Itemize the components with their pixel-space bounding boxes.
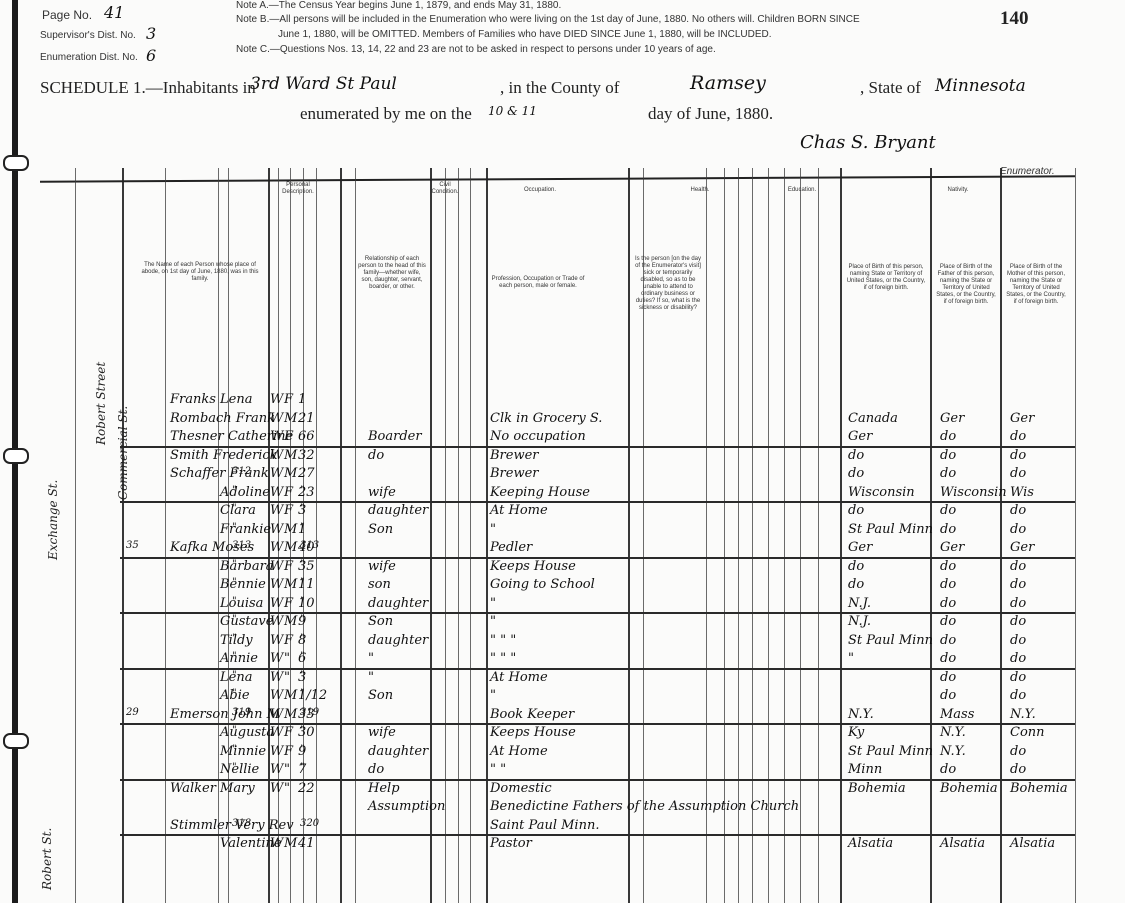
table-row: Walker MaryW"22HelpDomesticBohemiaBohemi… (0, 781, 1125, 799)
note-c: Note C.—Questions Nos. 13, 14, 22 and 23… (236, 44, 716, 55)
occupation: Keeps House (490, 725, 576, 740)
birthplace: N.J. (848, 596, 871, 611)
place-name: 3rd Ward St Paul (250, 74, 397, 94)
occupation: " (490, 688, 496, 703)
sex: F (284, 485, 293, 500)
occupation: " (490, 522, 496, 537)
age: 22 (298, 781, 315, 796)
father-birthplace: do (940, 633, 956, 648)
father-birthplace: do (940, 651, 956, 666)
birthplace: Ger (848, 429, 872, 444)
occupation: Brewer (490, 448, 539, 463)
table-row: ""LouisaWF10daughter"N.J.dodo (0, 596, 1125, 614)
occupation: Saint Paul Minn. (490, 818, 599, 833)
sex: F (284, 559, 293, 574)
occupation: Benedictine Fathers of the Assumption Ch… (490, 799, 799, 814)
father-birthplace: N.Y. (940, 725, 966, 740)
age: 66 (298, 429, 315, 444)
relationship: Help (368, 781, 400, 796)
table-row: ""NellieW"7do" "Minndodo (0, 762, 1125, 780)
table-row: ""GustaveWM9Son"N.J.dodo (0, 614, 1125, 632)
sex: M (284, 411, 297, 426)
age: 41 (298, 836, 315, 851)
enumeration-number: 6 (146, 46, 156, 65)
birthplace: Minn (848, 762, 882, 777)
race: W (270, 762, 283, 777)
age: 1 (298, 522, 306, 537)
relationship: daughter (368, 596, 428, 611)
occupation: Book Keeper (490, 707, 574, 722)
mother-birthplace: do (1010, 651, 1026, 666)
sex: F (284, 429, 293, 444)
occupation: At Home (490, 744, 548, 759)
table-row: 35313313Kafka MosesWM40PedlerGerGerGer (0, 540, 1125, 558)
sex: F (284, 744, 293, 759)
father-birthplace: do (940, 559, 956, 574)
mother-birthplace: do (1010, 688, 1026, 703)
birthplace: do (848, 559, 864, 574)
age: 21 (298, 411, 315, 426)
table-row: 318320Stimmler Very RevSaint Paul Minn. (0, 818, 1125, 836)
person-name: Nellie (220, 762, 259, 777)
census-sheet: Page No. 41 Supervisor's Dist. No. 3 Enu… (0, 0, 1125, 903)
age: 9 (298, 614, 306, 629)
table-row: ""AdolineWF23wifeKeeping HouseWisconsinW… (0, 485, 1125, 503)
table-row: ""FrankieWM1Son"St Paul Minndodo (0, 522, 1125, 540)
mother-birthplace: Conn (1010, 725, 1045, 740)
occupation: Keeping House (490, 485, 590, 500)
father-birthplace: do (940, 670, 956, 685)
race: W (270, 633, 283, 648)
col-header-birth-person: Place of Birth of this person, naming St… (845, 264, 927, 292)
table-row: Franks LenaWF1 (0, 392, 1125, 410)
father-birthplace: do (940, 503, 956, 518)
person-name: Louisa (220, 596, 263, 611)
occupation: Brewer (490, 466, 539, 481)
mother-birthplace: do (1010, 429, 1026, 444)
race: W (270, 429, 283, 444)
table-row: ""BarbaraWF35wifeKeeps Housedododo (0, 559, 1125, 577)
person-name: Schaffer Frank (170, 466, 269, 481)
person-name: Frankie (220, 522, 271, 537)
mother-birthplace: Alsatia (1010, 836, 1055, 851)
relationship: Son (368, 522, 393, 537)
age: 7 (298, 762, 306, 777)
relationship: wife (368, 485, 396, 500)
enumerated-label: enumerated by me on the (300, 104, 472, 124)
mother-birthplace: do (1010, 633, 1026, 648)
father-birthplace: Ger (940, 540, 964, 555)
relationship: Son (368, 688, 393, 703)
table-row: Rombach FrankWM21Clk in Grocery S.Canada… (0, 411, 1125, 429)
col-header-education: Education. (782, 187, 822, 194)
mother-birthplace: do (1010, 614, 1026, 629)
father-birthplace: do (940, 688, 956, 703)
age: 32 (298, 448, 315, 463)
father-birthplace: N.Y. (940, 744, 966, 759)
table-row: AssumptionBenedictine Fathers of the Ass… (0, 799, 1125, 817)
sex: F (284, 392, 293, 407)
sex: F (284, 633, 293, 648)
person-name: Stimmler Very Rev (170, 818, 294, 833)
sex: " (284, 762, 290, 777)
relationship: do (368, 762, 384, 777)
age: 1/12 (298, 688, 327, 703)
table-row: ""BennieWM11sonGoing to Schooldododo (0, 577, 1125, 595)
table-row: Thesner CatherineWF66BoarderNo occupatio… (0, 429, 1125, 447)
father-birthplace: do (940, 762, 956, 777)
sex: F (284, 503, 293, 518)
race: W (270, 836, 283, 851)
occupation: No occupation (490, 429, 586, 444)
schedule-title: SCHEDULE 1.—Inhabitants in (40, 78, 256, 98)
race: W (270, 448, 283, 463)
table-row: ""TildyWF8daughter" " "St Paul Minndodo (0, 633, 1125, 651)
mother-birthplace: do (1010, 744, 1026, 759)
age: 33 (298, 707, 315, 722)
col-header-personal: Personal Description. (278, 182, 318, 196)
sex: M (284, 688, 297, 703)
enumeration-label: Enumeration Dist. No. (40, 52, 138, 63)
birthplace: N.Y. (848, 707, 874, 722)
person-name: Minnie (220, 744, 266, 759)
age: 27 (298, 466, 315, 481)
col-header-occupation: Occupation. (505, 187, 575, 194)
race: W (270, 707, 283, 722)
father-birthplace: Alsatia (940, 836, 985, 851)
table-row: ""MinnieWF9daughterAt HomeSt Paul MinnN.… (0, 744, 1125, 762)
father-birthplace: do (940, 596, 956, 611)
occupation: " (490, 596, 496, 611)
race: W (270, 540, 283, 555)
mother-birthplace: do (1010, 577, 1026, 592)
person-name: Smith Frederick (170, 448, 278, 463)
birthplace: N.J. (848, 614, 871, 629)
mother-birthplace: do (1010, 503, 1026, 518)
occupation: " " " (490, 651, 516, 666)
mother-birthplace: Bohemia (1010, 781, 1068, 796)
age: 23 (298, 485, 315, 500)
county-name: Ramsey (690, 72, 766, 94)
race: W (270, 503, 283, 518)
occupation: Clk in Grocery S. (490, 411, 602, 426)
age: 35 (298, 559, 315, 574)
relationship: daughter (368, 633, 428, 648)
birthplace: Canada (848, 411, 898, 426)
occupation: Going to School (490, 577, 595, 592)
race: W (270, 522, 283, 537)
race: W (270, 614, 283, 629)
binder-ring (3, 155, 29, 171)
relationship: daughter (368, 503, 428, 518)
race: W (270, 744, 283, 759)
race: W (270, 559, 283, 574)
note-b-continued: June 1, 1880, will be OMITTED. Members o… (278, 29, 772, 40)
person-name: Clara (220, 503, 256, 518)
table-row: 29319319Emerson John MWM33Book KeeperN.Y… (0, 707, 1125, 725)
birthplace: St Paul Minn (848, 744, 933, 759)
occupation: Pedler (490, 540, 532, 555)
relationship: " (368, 651, 374, 666)
age: 40 (298, 540, 315, 555)
col-header-birth-father: Place of Birth of the Father of this per… (936, 264, 996, 306)
birthplace: do (848, 503, 864, 518)
table-row: ""AnnieW"6"" " ""dodo (0, 651, 1125, 669)
birthplace: Alsatia (848, 836, 893, 851)
enumeration-days: 10 & 11 (488, 104, 537, 118)
person-name: Annie (220, 651, 258, 666)
person-name: Lena (220, 670, 252, 685)
father-birthplace: Ger (940, 411, 964, 426)
mother-birthplace: do (1010, 762, 1026, 777)
mother-birthplace: N.Y. (1010, 707, 1036, 722)
relationship: Boarder (368, 429, 422, 444)
age: 11 (298, 577, 315, 592)
relationship: wife (368, 725, 396, 740)
birthplace: Ky (848, 725, 864, 740)
enumerator-signature: Chas S. Bryant (800, 132, 936, 153)
mother-birthplace: Ger (1010, 411, 1034, 426)
mother-birthplace: do (1010, 448, 1026, 463)
relationship: Assumption (368, 799, 445, 814)
mother-birthplace: Wis (1010, 485, 1034, 500)
father-birthplace: Bohemia (940, 781, 998, 796)
sex: M (284, 522, 297, 537)
county-label: , in the County of (500, 78, 619, 98)
age: 30 (298, 725, 315, 740)
mother-birthplace: Ger (1010, 540, 1034, 555)
race: W (270, 392, 283, 407)
birthplace: Wisconsin (848, 485, 915, 500)
sex: M (284, 836, 297, 851)
occupation: At Home (490, 670, 548, 685)
table-row: ValentineWM41PastorAlsatiaAlsatiaAlsatia (0, 836, 1125, 854)
note-b: Note B.—All persons will be included in … (236, 14, 860, 25)
header-rule (40, 175, 1075, 182)
age: 8 (298, 633, 306, 648)
person-name: Rombach Frank (170, 411, 275, 426)
father-birthplace: do (940, 448, 956, 463)
state-label: , State of (860, 78, 921, 98)
birthplace: do (848, 448, 864, 463)
person-name: Gustave (220, 614, 273, 629)
table-row: 312Schaffer FrankWM27Brewerdododo (0, 466, 1125, 484)
supervisor-number: 3 (146, 24, 156, 43)
col-header-relationship: Relationship of each person to the head … (358, 256, 426, 291)
sex: F (284, 725, 293, 740)
occupation: Keeps House (490, 559, 576, 574)
sex: M (284, 577, 297, 592)
age: 3 (298, 503, 306, 518)
birthplace: Bohemia (848, 781, 906, 796)
table-row: Smith FrederickWM32doBrewerdododo (0, 448, 1125, 466)
father-birthplace: do (940, 614, 956, 629)
state-name: Minnesota (935, 76, 1026, 96)
sex: " (284, 781, 290, 796)
mother-birthplace: do (1010, 670, 1026, 685)
col-header-health: Health. (680, 187, 720, 194)
race: W (270, 670, 283, 685)
race: W (270, 651, 283, 666)
race: W (270, 688, 283, 703)
father-birthplace: Wisconsin (940, 485, 1007, 500)
race: W (270, 411, 283, 426)
relationship: daughter (368, 744, 428, 759)
relationship: wife (368, 559, 396, 574)
relationship: do (368, 448, 384, 463)
person-name: Abie (220, 688, 250, 703)
sheet-stamp-number: 140 (1000, 8, 1029, 30)
sex: " (284, 651, 290, 666)
table-row: ""AugustaWF30wifeKeeps HouseKyN.Y.Conn (0, 725, 1125, 743)
page-label: Page No. (42, 8, 92, 22)
mother-birthplace: do (1010, 596, 1026, 611)
birthplace: do (848, 577, 864, 592)
occupation: " " " (490, 633, 516, 648)
sex: M (284, 707, 297, 722)
col-header-nativity: Nativity. (938, 187, 978, 194)
mother-birthplace: do (1010, 522, 1026, 537)
family-number: 320 (300, 818, 319, 829)
col-header-birth-mother: Place of Birth of the Mother of this per… (1006, 264, 1066, 306)
age: 1 (298, 392, 306, 407)
page-number: 41 (104, 3, 124, 22)
occupation: " (490, 614, 496, 629)
mother-birthplace: do (1010, 466, 1026, 481)
birthplace: " (848, 651, 854, 666)
sex: M (284, 448, 297, 463)
month-label: day of June, 1880. (648, 104, 773, 124)
birthplace: Ger (848, 540, 872, 555)
race: W (270, 596, 283, 611)
table-row: ""ClaraWF3daughterAt Homedododo (0, 503, 1125, 521)
col-header-name: The Name of each Person whose place of a… (135, 262, 265, 283)
occupation: Domestic (490, 781, 552, 796)
father-birthplace: do (940, 466, 956, 481)
table-row: ""AbieWM1/12Son"dodo (0, 688, 1125, 706)
relationship: son (368, 577, 391, 592)
sex: " (284, 670, 290, 685)
sex: M (284, 540, 297, 555)
age: 10 (298, 596, 315, 611)
father-birthplace: do (940, 429, 956, 444)
sex: M (284, 614, 297, 629)
relationship: " (368, 670, 374, 685)
race: W (270, 485, 283, 500)
mother-birthplace: do (1010, 559, 1026, 574)
father-birthplace: Mass (940, 707, 974, 722)
relationship: Son (368, 614, 393, 629)
occupation: At Home (490, 503, 548, 518)
person-name: Adoline (220, 485, 270, 500)
line-number: 29 (126, 707, 139, 718)
race: W (270, 781, 283, 796)
race: W (270, 577, 283, 592)
sex: F (284, 596, 293, 611)
race: W (270, 725, 283, 740)
line-number: 35 (126, 540, 139, 551)
occupation: Pastor (490, 836, 532, 851)
birthplace: St Paul Minn (848, 522, 933, 537)
birthplace: do (848, 466, 864, 481)
race: W (270, 466, 283, 481)
table-row: ""LenaW"3"At Homedodo (0, 670, 1125, 688)
person-name: Bennie (220, 577, 266, 592)
supervisor-label: Supervisor's Dist. No. (40, 30, 136, 41)
col-header-occupation-detail: Profession, Occupation or Trade of each … (488, 276, 588, 290)
age: 9 (298, 744, 306, 759)
age: 3 (298, 670, 306, 685)
person-name: Augusta (220, 725, 274, 740)
father-birthplace: do (940, 522, 956, 537)
sex: M (284, 466, 297, 481)
person-name: Emerson John M (170, 707, 280, 722)
person-name: Tildy (220, 633, 253, 648)
person-name: Barbara (220, 559, 274, 574)
age: 6 (298, 651, 306, 666)
person-name: Franks Lena (170, 392, 253, 407)
birthplace: St Paul Minn (848, 633, 933, 648)
person-name: Walker Mary (170, 781, 255, 796)
person-name: Kafka Moses (170, 540, 254, 555)
note-a: Note A.—The Census Year begins June 1, 1… (236, 0, 561, 11)
occupation: " " (490, 762, 506, 777)
father-birthplace: do (940, 577, 956, 592)
